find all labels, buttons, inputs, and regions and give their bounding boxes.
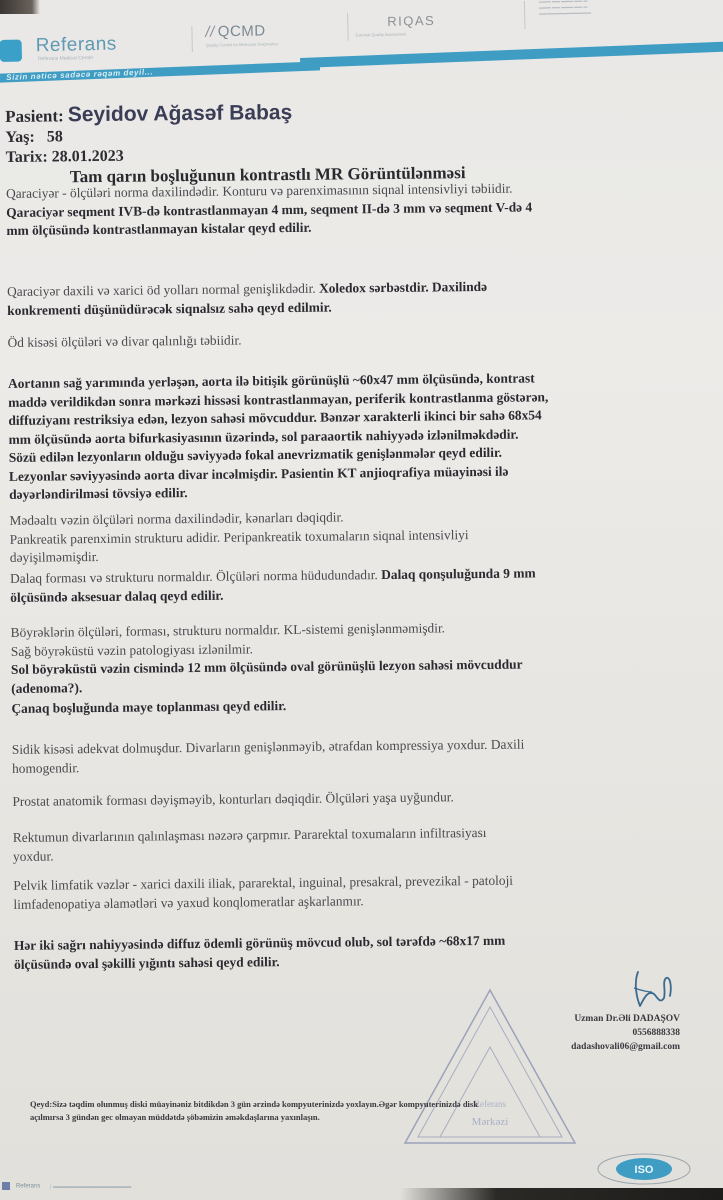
patient-name-label: Pasient:: [5, 106, 64, 126]
report-date: 28.01.2023: [52, 148, 124, 166]
finding-text-bold: (adenoma?).: [11, 680, 82, 696]
finding-text: Dalaq forması və strukturu normaldır. Öl…: [10, 567, 381, 586]
finding-text-bold: ölçüsündə aksesuar dalaq qeyd edilir.: [10, 587, 223, 604]
finding-text: Sidik kisəsi adekvat dolmuşdur. Divarlar…: [12, 737, 525, 757]
report-date-row: Tarix: 28.01.2023: [6, 148, 124, 167]
signature-icon: [630, 968, 680, 1010]
patient-name: Seyidov Ağasəf Babaş: [68, 101, 293, 126]
finding-paragraph: Dalaq forması və strukturu normaldır. Öl…: [10, 563, 700, 607]
finding-text: Rektumun divarlarının qalınlaşması nəzər…: [13, 825, 487, 845]
doctor-phone: 0556888338: [540, 1026, 680, 1040]
doctor-name: Uzman Dr.Əli DADAŞOV: [540, 1012, 680, 1026]
patient-name-row: Pasient:Seyidov Ağasəf Babaş: [5, 101, 292, 128]
finding-text-bold: Aortanın sağ yarımında yerləşən, aorta i…: [8, 370, 535, 391]
finding-text: Böyrəklərin ölçüləri, forması, strukturu…: [11, 620, 446, 640]
finding-text-bold: Dalaq qonşuluğunda 9 mm: [381, 565, 536, 582]
finding-text-bold: Sol böyrəküstü vəzin cismində 12 mm ölçü…: [11, 657, 523, 677]
patient-age-label: Yaş:: [5, 129, 35, 146]
photo-edge: [400, 1188, 723, 1200]
footer-logo-icon: [2, 1182, 10, 1190]
footer-brand: Referans | ▬▬▬▬▬▬▬▬▬▬▬▬▬: [2, 1182, 131, 1190]
finding-text-bold: konkrementi düşünüdürəcək siqnalsız sahə…: [7, 299, 332, 317]
finding-text: yoxdur.: [13, 848, 54, 863]
finding-paragraph: Hər iki sağrı nahiyyəsində diffuz ödemli…: [14, 930, 704, 974]
finding-line: Prostat anatomik forması dəyişməyib, kon…: [12, 786, 702, 812]
patient-age-row: Yaş: 58: [5, 128, 63, 147]
finding-text: Öd kisəsi ölçüləri və divar qalınlığı tə…: [8, 332, 242, 349]
finding-paragraph: Böyrəklərin ölçüləri, forması, strukturu…: [11, 617, 702, 698]
disk-note: Qeyd:Sizə təqdim olunmuş diski müayinəni…: [30, 1098, 700, 1124]
finding-paragraph: Sidik kisəsi adekvat dolmuşdur. Divarlar…: [12, 734, 702, 778]
svg-text:ISO: ISO: [635, 1164, 654, 1176]
note-line: Qeyd:Sizə təqdim olunmuş diski müayinəni…: [30, 1098, 700, 1111]
finding-text-bold: Xoledox sərbəstdir. Daxilində: [319, 279, 487, 296]
report-date-label: Tarix:: [6, 149, 48, 166]
finding-text-bold: mm ölçüsündə aorta bifurkasiyasının üzər…: [9, 426, 519, 446]
signature-block: Uzman Dr.Əli DADAŞOV 0556888338 dadashov…: [540, 1012, 680, 1054]
finding-paragraph: Pelvik limfatik vəzlər - xarici daxili i…: [13, 870, 703, 914]
doctor-email: dadashovali06@gmail.com: [540, 1040, 680, 1054]
finding-text: Sağ böyrəküstü vəzin patologiyası izləni…: [11, 641, 253, 659]
finding-paragraph: Mədəaltı vəzin ölçüləri norma daxilindəd…: [9, 505, 700, 568]
finding-paragraph: Prostat anatomik forması dəyişməyib, kon…: [12, 786, 702, 812]
finding-line: Öd kisəsi ölçüləri və divar qalınlığı tə…: [7, 327, 697, 353]
finding-paragraph: Öd kisəsi ölçüləri və divar qalınlığı tə…: [7, 327, 697, 353]
finding-text-bold: Sözü edilən lezyonların olduğu səviyyədə…: [9, 445, 502, 465]
finding-text: Qaraciyər - ölçüləri norma daxilindədir.…: [6, 181, 513, 201]
finding-text-bold: ölçüsündə oval şəkilli yığıntı sahəsi qe…: [14, 954, 280, 972]
iso-badge-icon: ISO: [596, 1152, 692, 1186]
footer-brand-name: Referans: [16, 1184, 40, 1190]
finding-paragraph: Aortanın sağ yarımında yerləşən, aorta i…: [8, 368, 699, 505]
finding-paragraph: Qaraciyər daxili və xarici öd yolları no…: [7, 276, 697, 320]
finding-text: Mədəaltı vəzin ölçüləri norma daxilindəd…: [9, 509, 343, 527]
finding-text-bold: Hər iki sağrı nahiyyəsində diffuz ödemli…: [14, 933, 506, 953]
finding-paragraph: Qaraciyər - ölçüləri norma daxilindədir.…: [6, 178, 697, 241]
finding-text-bold: Çanaq boşluğunda maye toplanması qeyd ed…: [11, 698, 286, 716]
finding-text-bold: Lezyonlar səviyyəsində aorta divar incəl…: [9, 463, 509, 483]
finding-text-bold: dəyərləndirilməsi tövsiyə edilir.: [9, 485, 188, 502]
finding-text: Qaraciyər daxili və xarici öd yolları no…: [7, 281, 319, 299]
patient-age: 58: [47, 128, 63, 145]
finding-text: homogendir.: [12, 760, 79, 776]
finding-text: Pankreatik parenximin strukturu adidir. …: [10, 527, 469, 547]
finding-paragraph: Rektumun divarlarının qalınlaşması nəzər…: [13, 822, 703, 866]
note-line: açılmırsa 3 gündən gec olmayan müddətdə …: [30, 1111, 700, 1124]
finding-text: limfadenopatiya əlamətləri və yaxud konq…: [13, 893, 363, 912]
finding-text: dəyişilməmişdir.: [10, 549, 99, 565]
finding-text-bold: diffuziyanı restriksiya edən, lezyon sah…: [8, 407, 541, 428]
finding-text: Pelvik limfatik vəzlər - xarici daxili i…: [13, 873, 513, 893]
finding-text: Prostat anatomik forması dəyişməyib, kon…: [12, 789, 454, 809]
finding-text-bold: mm ölçüsündə kontrastlanmayan kistalar q…: [6, 220, 311, 238]
